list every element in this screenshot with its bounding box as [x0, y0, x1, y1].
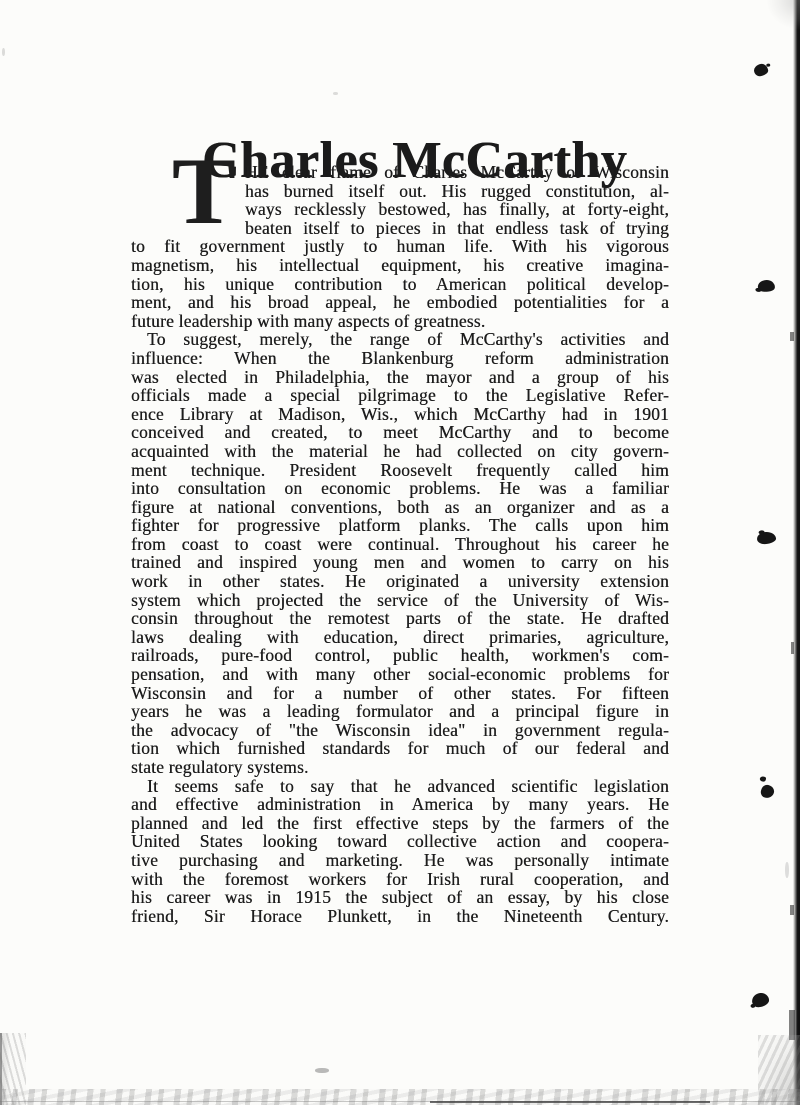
text-line: ence Library at Madison, Wis., which McC… — [131, 405, 669, 424]
scan-bottom-line-dark — [430, 1101, 710, 1103]
scan-smudge — [2, 48, 5, 56]
text-line: magnetism, his intellectual equipment, h… — [131, 256, 669, 275]
text-line: fighter for progressive platform planks.… — [131, 516, 669, 535]
text-line: friend, Sir Horace Plunkett, in the Nine… — [131, 907, 669, 926]
scan-smudge — [315, 1068, 329, 1073]
text-line: into consultation on economic problems. … — [131, 479, 669, 498]
scan-edge-mark — [790, 905, 794, 915]
ink-spot — [753, 63, 769, 77]
ink-spot — [760, 784, 776, 800]
text-line: work in other states. He originated a un… — [131, 572, 669, 591]
text-line: the advocacy of "the Wisconsin idea" in … — [131, 721, 669, 740]
text-line: and effective administration in America … — [131, 795, 669, 814]
scanned-page: Charles McCarthy THE clear flame of Char… — [0, 0, 800, 1105]
text-line: acquainted with the material he had coll… — [131, 442, 669, 461]
text-line: pensation, and with many other social-ec… — [131, 665, 669, 684]
scan-corner-top-right — [766, 0, 800, 30]
text-line: Wisconsin and for a number of other stat… — [131, 684, 669, 703]
paragraph-3: It seems safe to say that he advanced sc… — [131, 777, 669, 926]
scan-edge-right — [793, 0, 800, 1105]
ink-spot — [751, 992, 769, 1008]
text-line: years he was a leading formulator and a … — [131, 702, 669, 721]
text-line: ment technique. President Roosevelt freq… — [131, 461, 669, 480]
text-line: state regulatory systems. — [131, 758, 669, 777]
text-line: system which projected the service of th… — [131, 591, 669, 610]
scan-smudge — [785, 862, 789, 878]
text-line: influence: When the Blankenburg reform a… — [131, 349, 669, 368]
text-line: trained and inspired young men and women… — [131, 553, 669, 572]
scan-smudge — [333, 92, 338, 95]
text-line: planned and led the first effective step… — [131, 814, 669, 833]
text-line: laws dealing with education, direct prim… — [131, 628, 669, 647]
text-line: was elected in Philadelphia, the mayor a… — [131, 368, 669, 387]
text-line: It seems safe to say that he advanced sc… — [131, 777, 669, 796]
text-line: consin throughout the remotest parts of … — [131, 609, 669, 628]
text-line: To suggest, merely, the range of McCarth… — [131, 330, 669, 349]
text-line: conceived and created, to meet McCarthy … — [131, 423, 669, 442]
text-line: officials made a special pilgrimage to t… — [131, 386, 669, 405]
ink-spot — [757, 531, 777, 544]
scan-edge-mark — [791, 642, 794, 654]
paragraph-2: To suggest, merely, the range of McCarth… — [131, 330, 669, 776]
drop-cap: T — [131, 163, 245, 237]
text-line: ment, and his broad appeal, he embodied … — [131, 293, 669, 312]
text-block: THE clear flame of Charles McCarthy of W… — [131, 163, 669, 925]
text-line: tive purchasing and marketing. He was pe… — [131, 851, 669, 870]
drop-cap-letter: T — [172, 144, 236, 239]
text-line: United States looking toward collective … — [131, 832, 669, 851]
paragraph-1: THE clear flame of Charles McCarthy of W… — [131, 163, 669, 330]
text-line: figure at national conventions, both as … — [131, 498, 669, 517]
text-line: tion, his unique contribution to America… — [131, 275, 669, 294]
scan-edge-mark — [790, 332, 794, 341]
ink-spot — [757, 279, 776, 293]
text-line: with the foremost workers for Irish rura… — [131, 870, 669, 889]
text-line: his career was in 1915 the subject of an… — [131, 888, 669, 907]
text-line: railroads, pure-food control, public hea… — [131, 646, 669, 665]
text-line: future leadership with many aspects of g… — [131, 312, 669, 331]
text-line: from coast to coast were continual. Thro… — [131, 535, 669, 554]
text-line: tion which furnished standards for much … — [131, 739, 669, 758]
